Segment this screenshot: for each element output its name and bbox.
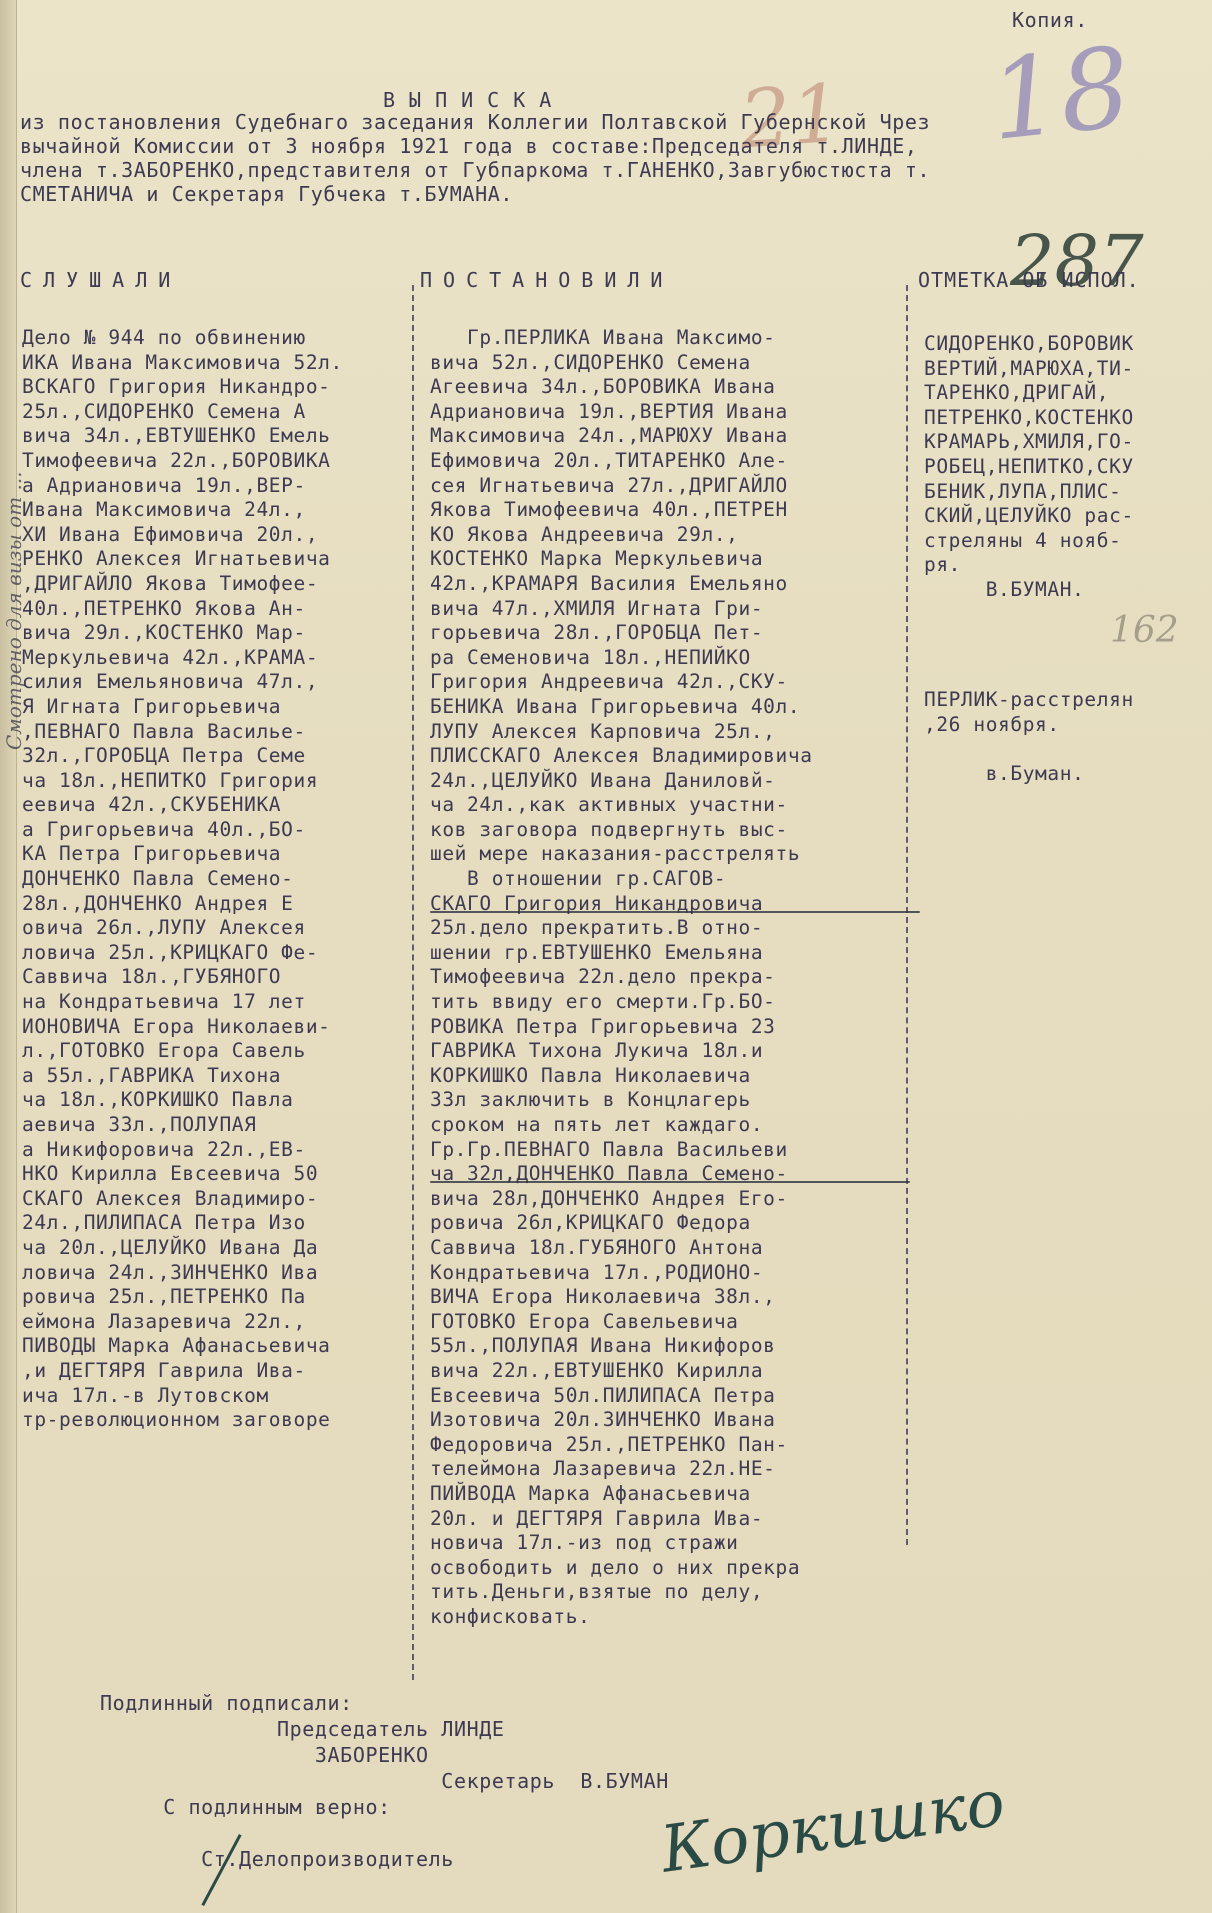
ink-underline [430, 1181, 910, 1183]
column-heading-heard: СЛУШАЛИ [20, 268, 181, 293]
execution-note-text: СИДОРЕНКО,БОРОВИК ВЕРТИЙ,МАРЮХА,ТИ- ТАРЕ… [924, 332, 1134, 603]
execution-note-text-2: ПЕРЛИК-расстрелян ,26 ноября. в.Буман. [924, 688, 1134, 786]
resolved-column-text: Гр.ПЕРЛИКА Ивана Максимо- вича 52л.,СИДО… [430, 326, 813, 1629]
column-divider-right [906, 285, 908, 1545]
document-page: Смотрено для визы от ... 21 18 287 162 К… [0, 0, 1212, 1913]
column-heading-execution: ОТМЕТКА ОБ ИСПОЛ. [918, 268, 1140, 293]
document-title: ВЫПИСКА [383, 88, 565, 113]
copy-mark: Копия. [1012, 8, 1088, 33]
document-header: из постановления Судебнаго заседания Кол… [20, 110, 930, 206]
pencil-archive-number: 162 [1110, 610, 1179, 651]
heard-column-text: Дело № 944 по обвинению ИКА Ивана Максим… [22, 326, 343, 1433]
handwritten-signature: Коркишко [657, 1766, 1010, 1887]
violet-pencil-number: 18 [984, 23, 1137, 165]
column-heading-resolved: ПОСТАНОВИЛИ [420, 268, 673, 293]
column-divider-left [412, 285, 414, 1680]
ink-underline [430, 911, 920, 913]
signature-block: Подлинный подписали: Председатель ЛИНДЕ … [100, 1690, 669, 1872]
